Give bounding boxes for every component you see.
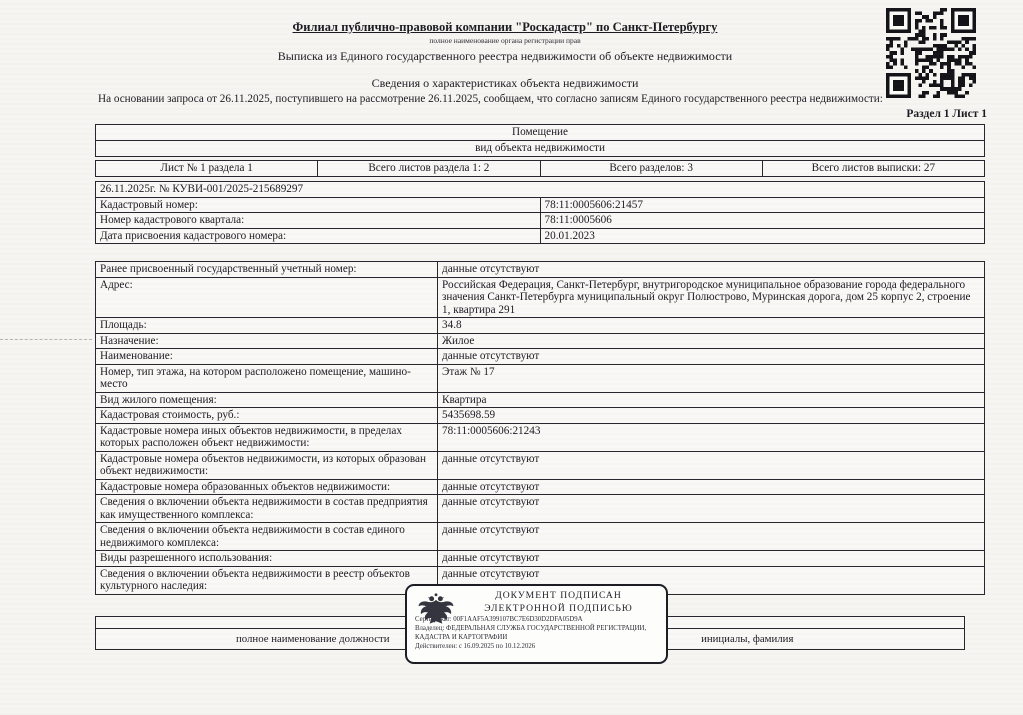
- row-label: Кадастровые номера объектов недвижимости…: [96, 451, 438, 479]
- row-value: данные отсутствуют: [438, 451, 985, 479]
- row-label: Площадь:: [96, 318, 438, 334]
- qr-code: [886, 8, 976, 98]
- row-label: Кадастровые номера иных объектов недвижи…: [96, 423, 438, 451]
- row-value: 78:11:0005606: [540, 213, 985, 229]
- table-row: Номер кадастрового квартала: 78:11:00056…: [96, 213, 985, 229]
- scan-artifact-line: [0, 339, 92, 340]
- org-name: Филиал публично-правовой компании "Роска…: [0, 20, 1010, 35]
- table-row: Кадастровая стоимость, руб.: 5435698.59: [96, 408, 985, 424]
- section-title: Сведения о характеристиках объекта недви…: [0, 76, 1010, 91]
- row-value: 78:11:0005606:21457: [540, 197, 985, 213]
- row-value: данные отсутствуют: [438, 495, 985, 523]
- row-value: данные отсутствуют: [438, 262, 985, 278]
- row-label: Номер кадастрового квартала:: [96, 213, 541, 229]
- object-type-table: Помещение вид объекта недвижимости: [95, 124, 985, 157]
- request-basis-line: На основании запроса от 26.11.2025, пост…: [98, 93, 928, 105]
- table-row: Кадастровый номер: 78:11:0005606:21457: [96, 197, 985, 213]
- table-row: Назначение: Жилое: [96, 333, 985, 349]
- row-label: Ранее присвоенный государственный учетны…: [96, 262, 438, 278]
- row-label: Адрес:: [96, 277, 438, 318]
- request-number: 26.11.2025г. № КУВИ-001/2025-215689297: [96, 182, 985, 198]
- sheet-info-cell: Всего разделов: 3: [540, 161, 762, 177]
- section-page-label: Раздел 1 Лист 1: [906, 108, 987, 120]
- row-value: 78:11:0005606:21243: [438, 423, 985, 451]
- table-row: Виды разрешенного использования: данные …: [96, 551, 985, 567]
- sheet-info-cell: Всего листов выписки: 27: [762, 161, 984, 177]
- row-value: 20.01.2023: [540, 228, 985, 244]
- table-row: Площадь: 34.8: [96, 318, 985, 334]
- row-value: Российская Федерация, Санкт-Петербург, в…: [438, 277, 985, 318]
- document-page: Филиал публично-правовой компании "Роска…: [0, 0, 1023, 715]
- row-label: Номер, тип этажа, на котором расположено…: [96, 364, 438, 392]
- sheet-info-cell: Всего листов раздела 1: 2: [318, 161, 540, 177]
- row-value: 34.8: [438, 318, 985, 334]
- table-row: Ранее присвоенный государственный учетны…: [96, 262, 985, 278]
- stamp-validity: Действителен: с 16.09.2025 по 10.12.2026: [415, 642, 660, 651]
- row-value: данные отсутствуют: [438, 523, 985, 551]
- table-row: Наименование: данные отсутствуют: [96, 349, 985, 365]
- table-row: Вид жилого помещения: Квартира: [96, 392, 985, 408]
- row-label: Кадастровые номера образованных объектов…: [96, 479, 438, 495]
- row-label: Вид жилого помещения:: [96, 392, 438, 408]
- row-value: 5435698.59: [438, 408, 985, 424]
- digital-signature-stamp: ДОКУМЕНТ ПОДПИСАН ЭЛЕКТРОННОЙ ПОДПИСЬЮ С…: [405, 584, 668, 664]
- document-title: Выписка из Единого государственного реес…: [0, 49, 1010, 64]
- table-row: Сведения о включении объекта недвижимост…: [96, 495, 985, 523]
- row-value: Квартира: [438, 392, 985, 408]
- table-row: Кадастровые номера объектов недвижимости…: [96, 451, 985, 479]
- table-row: Сведения о включении объекта недвижимост…: [96, 523, 985, 551]
- table-row: Адрес: Российская Федерация, Санкт-Петер…: [96, 277, 985, 318]
- row-label: Назначение:: [96, 333, 438, 349]
- row-value: данные отсутствуют: [438, 479, 985, 495]
- sheet-info-cell: Лист № 1 раздела 1: [96, 161, 318, 177]
- object-type-value: Помещение: [96, 125, 985, 141]
- object-details-table: Ранее присвоенный государственный учетны…: [95, 261, 985, 595]
- state-emblem-eagle-icon: [417, 590, 455, 637]
- row-label: Кадастровый номер:: [96, 197, 541, 213]
- object-type-caption: вид объекта недвижимости: [96, 141, 985, 157]
- table-row: Кадастровые номера образованных объектов…: [96, 479, 985, 495]
- sheet-info-table: Лист № 1 раздела 1Всего листов раздела 1…: [95, 160, 985, 177]
- row-label: Кадастровая стоимость, руб.:: [96, 408, 438, 424]
- row-value: данные отсутствуют: [438, 349, 985, 365]
- table-row: Дата присвоения кадастрового номера: 20.…: [96, 228, 985, 244]
- table-row: Номер, тип этажа, на котором расположено…: [96, 364, 985, 392]
- row-label: Сведения о включении объекта недвижимост…: [96, 523, 438, 551]
- org-name-caption: полное наименование органа регистрации п…: [0, 36, 1010, 45]
- table-row: Кадастровые номера иных объектов недвижи…: [96, 423, 985, 451]
- stamp-title-line1: ДОКУМЕНТ ПОДПИСАН: [457, 589, 660, 602]
- row-value: Этаж № 17: [438, 364, 985, 392]
- row-value: Жилое: [438, 333, 985, 349]
- row-label: Сведения о включении объекта недвижимост…: [96, 566, 438, 594]
- cadastral-main-table: 26.11.2025г. № КУВИ-001/2025-215689297 К…: [95, 181, 985, 244]
- row-label: Сведения о включении объекта недвижимост…: [96, 495, 438, 523]
- row-label: Наименование:: [96, 349, 438, 365]
- row-label: Виды разрешенного использования:: [96, 551, 438, 567]
- stamp-title-line2: ЭЛЕКТРОННОЙ ПОДПИСЬЮ: [457, 602, 660, 615]
- row-label: Дата присвоения кадастрового номера:: [96, 228, 541, 244]
- row-value: данные отсутствуют: [438, 551, 985, 567]
